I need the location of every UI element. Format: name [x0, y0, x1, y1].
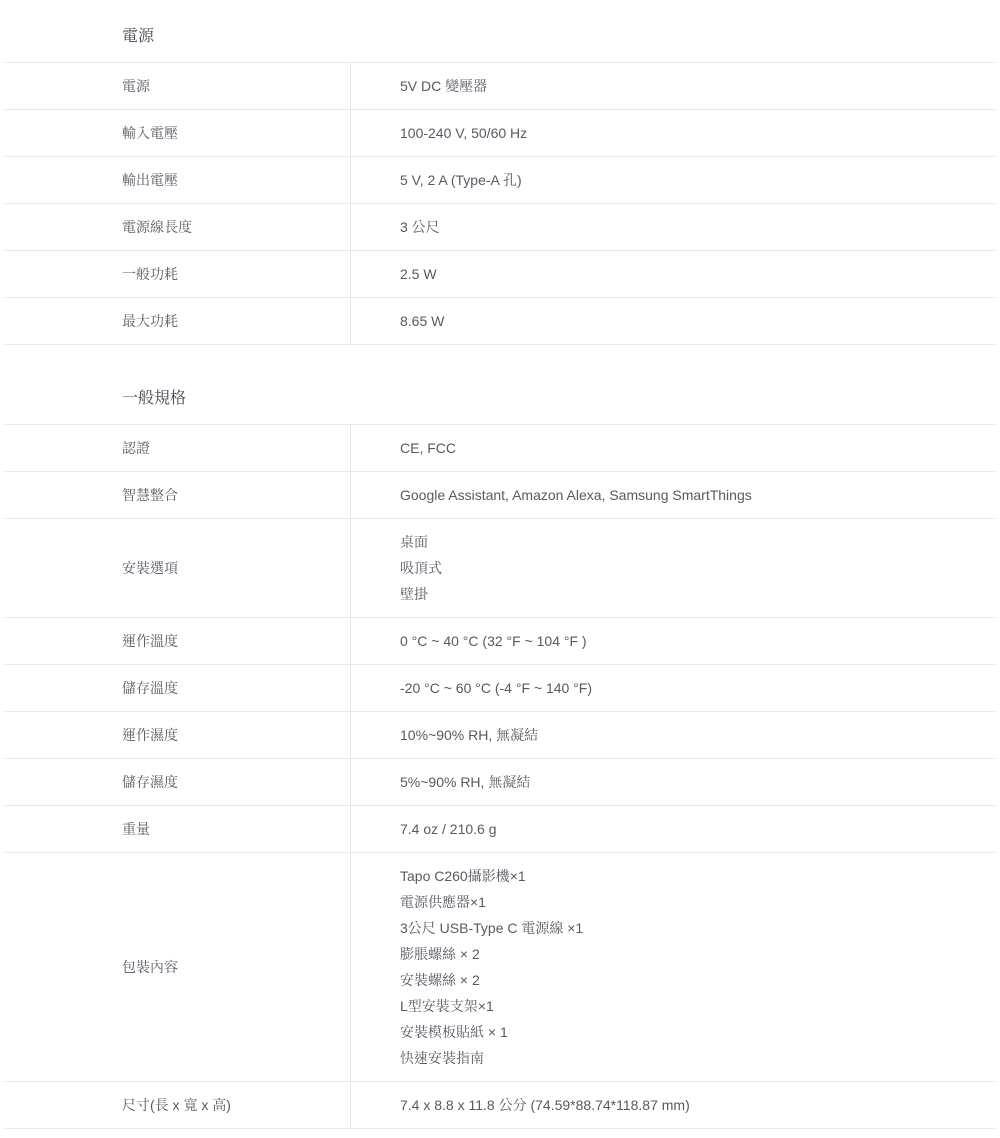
spec-value-line: 5V DC 變壓器 [400, 73, 975, 99]
spec-row: 輸入電壓 100-240 V, 50/60 Hz [5, 109, 995, 156]
spec-value: Tapo C260攝影機×1 電源供應器×1 3公尺 USB-Type C 電源… [351, 853, 995, 1081]
spec-label: 輸出電壓 [5, 157, 351, 203]
spec-row: 運作溫度 0 °C ~ 40 °C (32 °F ~ 104 °F ) [5, 617, 995, 664]
spec-value-line: 3 公尺 [400, 214, 975, 240]
spec-label: 智慧整合 [5, 472, 351, 518]
spec-value: 3 公尺 [351, 204, 995, 250]
spec-row: 智慧整合 Google Assistant, Amazon Alexa, Sam… [5, 471, 995, 518]
spec-row: 安裝選項 桌面 吸頂式 壁掛 [5, 518, 995, 617]
spec-value-line: L型安裝支架×1 [400, 993, 975, 1019]
spec-row: 運作濕度 10%~90% RH, 無凝結 [5, 711, 995, 758]
spec-label: 輸入電壓 [5, 110, 351, 156]
spec-value: CE, FCC [351, 425, 995, 471]
spec-label: 運作溫度 [5, 618, 351, 664]
spec-label: 電源線長度 [5, 204, 351, 250]
spec-row: 輸出電壓 5 V, 2 A (Type-A 孔) [5, 156, 995, 203]
spec-value: -20 °C ~ 60 °C (-4 °F ~ 140 °F) [351, 665, 995, 711]
spec-value-line: 7.4 oz / 210.6 g [400, 816, 975, 842]
spec-value-line: 10%~90% RH, 無凝結 [400, 722, 975, 748]
section-title: 電源 [122, 28, 1000, 45]
spec-value-line: 安裝螺絲 × 2 [400, 967, 975, 993]
spec-value: 5 V, 2 A (Type-A 孔) [351, 157, 995, 203]
spec-value-line: 膨脹螺絲 × 2 [400, 941, 975, 967]
spec-value: 7.4 oz / 210.6 g [351, 806, 995, 852]
spec-value: 0 °C ~ 40 °C (32 °F ~ 104 °F ) [351, 618, 995, 664]
spec-label: 儲存濕度 [5, 759, 351, 805]
spec-row: 重量 7.4 oz / 210.6 g [5, 805, 995, 852]
spec-section-2: 一般規格 認證 CE, FCC 智慧整合 Google Assistant, A… [0, 345, 1000, 1129]
spec-value: 7.4 x 8.8 x 11.8 公分 (74.59*88.74*118.87 … [351, 1082, 995, 1128]
spec-row: 儲存濕度 5%~90% RH, 無凝結 [5, 758, 995, 805]
spec-label: 認證 [5, 425, 351, 471]
spec-value-line: 2.5 W [400, 261, 975, 287]
spec-row: 一般功耗 2.5 W [5, 250, 995, 297]
spec-value: 桌面 吸頂式 壁掛 [351, 519, 995, 617]
spec-row: 最大功耗 8.65 W [5, 297, 995, 344]
spec-value-line: 電源供應器×1 [400, 889, 975, 915]
spec-value-line: 壁掛 [400, 581, 975, 607]
spec-value-line: 5%~90% RH, 無凝結 [400, 769, 975, 795]
spec-value-line: Tapo C260攝影機×1 [400, 863, 975, 889]
spec-row: 認證 CE, FCC [5, 424, 995, 471]
section-title: 一般規格 [122, 390, 1000, 407]
spec-value-line: 100-240 V, 50/60 Hz [400, 120, 975, 146]
spec-value-line: 桌面 [400, 529, 975, 555]
spec-row: 電源 5V DC 變壓器 [5, 62, 995, 109]
spec-value-line: CE, FCC [400, 435, 975, 461]
spec-table: 認證 CE, FCC 智慧整合 Google Assistant, Amazon… [5, 424, 995, 1129]
spec-value: Google Assistant, Amazon Alexa, Samsung … [351, 472, 995, 518]
spec-row: 儲存溫度 -20 °C ~ 60 °C (-4 °F ~ 140 °F) [5, 664, 995, 711]
spec-value-line: 吸頂式 [400, 555, 975, 581]
spec-label: 最大功耗 [5, 298, 351, 344]
spec-value-line: 5 V, 2 A (Type-A 孔) [400, 167, 975, 193]
spec-label: 儲存溫度 [5, 665, 351, 711]
spec-label: 電源 [5, 63, 351, 109]
spec-value-line: 8.65 W [400, 308, 975, 334]
spec-row: 尺寸(長 x 寬 x 高) 7.4 x 8.8 x 11.8 公分 (74.59… [5, 1081, 995, 1128]
spec-value: 5%~90% RH, 無凝結 [351, 759, 995, 805]
spec-value-line: 3公尺 USB-Type C 電源線 ×1 [400, 915, 975, 941]
spec-value-line: 安裝模板貼紙 × 1 [400, 1019, 975, 1045]
spec-label: 運作濕度 [5, 712, 351, 758]
spec-value-line: 快速安裝指南 [400, 1045, 975, 1071]
spec-value-line: -20 °C ~ 60 °C (-4 °F ~ 140 °F) [400, 675, 975, 701]
spec-value: 5V DC 變壓器 [351, 63, 995, 109]
spec-label: 重量 [5, 806, 351, 852]
spec-label: 一般功耗 [5, 251, 351, 297]
spec-value: 100-240 V, 50/60 Hz [351, 110, 995, 156]
spec-label: 安裝選項 [5, 519, 351, 617]
spec-value-line: 0 °C ~ 40 °C (32 °F ~ 104 °F ) [400, 628, 975, 654]
spec-label: 包裝內容 [5, 853, 351, 1081]
spec-value: 2.5 W [351, 251, 995, 297]
spec-label: 尺寸(長 x 寬 x 高) [5, 1082, 351, 1128]
spec-value: 10%~90% RH, 無凝結 [351, 712, 995, 758]
spec-table: 電源 5V DC 變壓器 輸入電壓 100-240 V, 50/60 Hz 輸出… [5, 62, 995, 345]
spec-row: 包裝內容 Tapo C260攝影機×1 電源供應器×1 3公尺 USB-Type… [5, 852, 995, 1081]
spec-value: 8.65 W [351, 298, 995, 344]
spec-section-1: 電源 電源 5V DC 變壓器 輸入電壓 100-240 V, 50/60 Hz… [0, 0, 1000, 345]
spec-value-line: 7.4 x 8.8 x 11.8 公分 (74.59*88.74*118.87 … [400, 1092, 975, 1118]
spec-value-line: Google Assistant, Amazon Alexa, Samsung … [400, 482, 975, 508]
spec-row: 電源線長度 3 公尺 [5, 203, 995, 250]
spec-page: 電源 電源 5V DC 變壓器 輸入電壓 100-240 V, 50/60 Hz… [0, 0, 1000, 1129]
